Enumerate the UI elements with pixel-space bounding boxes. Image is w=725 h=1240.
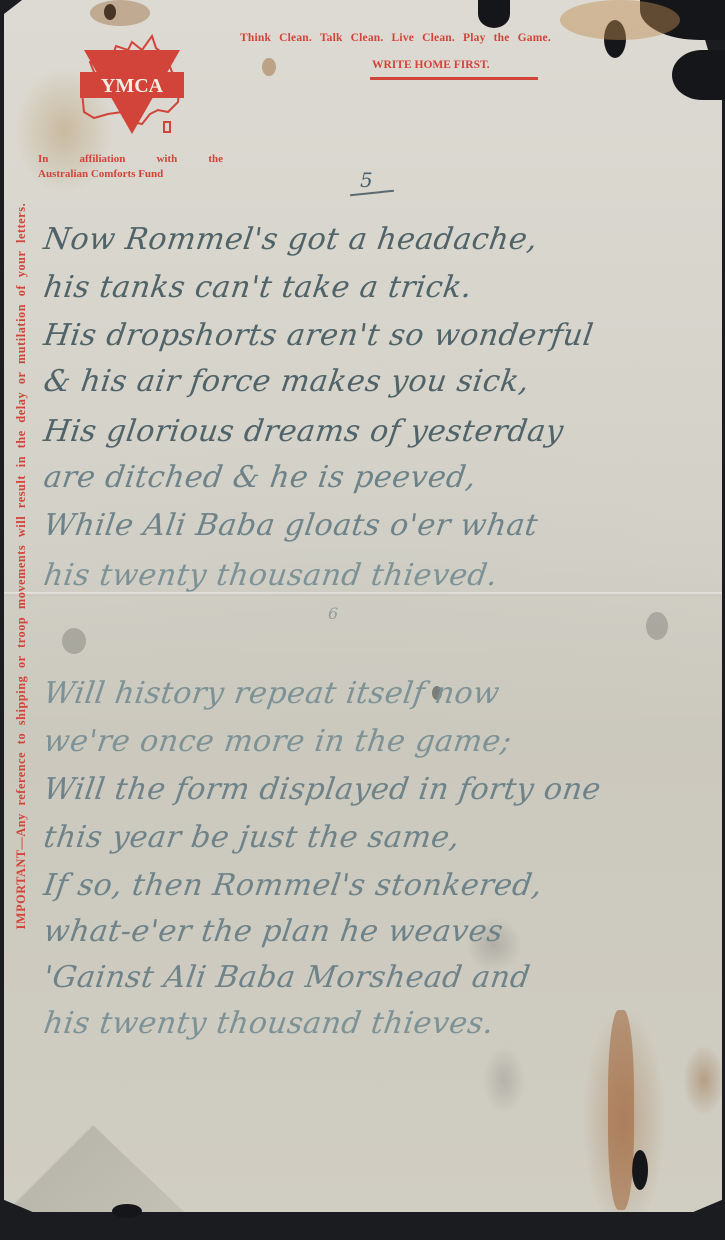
page-number: 6 xyxy=(328,604,338,623)
grey-spot xyxy=(646,612,668,640)
burn-hole xyxy=(112,1204,142,1218)
affiliation-word: affiliation xyxy=(80,152,126,167)
poem-line: & his air force makes you sick, xyxy=(42,364,725,399)
affiliation-word: In xyxy=(38,152,48,167)
rust-stain xyxy=(90,0,150,26)
affiliation-word: the xyxy=(208,152,223,167)
grey-spot xyxy=(62,628,86,654)
poem-line: are ditched & he is peeved, xyxy=(42,460,725,495)
affiliation-line-2: Australian Comforts Fund xyxy=(38,167,223,182)
poem-line: His dropshorts aren't so wonderful xyxy=(42,318,725,353)
page-number-text: 6 xyxy=(328,604,338,623)
letterhead-motto: Think Clean. Talk Clean. Live Clean. Pla… xyxy=(240,32,551,44)
poem-line: If so, then Rommel's stonkered, xyxy=(42,868,725,903)
poem-line: his twenty thousand thieved. xyxy=(42,558,725,593)
letterhead-slogan: WRITE HOME FIRST. xyxy=(372,59,490,71)
burn-hole xyxy=(478,0,510,28)
burn-hole xyxy=(632,1150,648,1190)
poem-line: this year be just the same, xyxy=(42,820,725,855)
ymca-logo-icon: YMCA xyxy=(72,32,190,144)
affiliation-word: with xyxy=(156,152,177,167)
rust-stain xyxy=(262,58,276,76)
poem-line: 'Gainst Ali Baba Morshead and xyxy=(42,960,725,995)
page-number-text: 5 xyxy=(360,168,373,192)
poem-line: While Ali Baba gloats o'er what xyxy=(42,508,725,543)
slogan-underline xyxy=(370,77,538,80)
rust-stain xyxy=(560,0,680,40)
page-number: 5 xyxy=(360,168,373,192)
poem-line: Will the form displayed in forty one xyxy=(42,772,725,807)
paper-corner-fold xyxy=(4,1040,184,1212)
torn-edge xyxy=(672,50,725,100)
poem-line: Now Rommel's got a headache, xyxy=(42,222,725,257)
poem-line: His glorious dreams of yesterday xyxy=(42,414,725,449)
svg-text:YMCA: YMCA xyxy=(101,75,164,97)
poem-line: his twenty thousand thieves. xyxy=(42,1006,725,1041)
affiliation-text: In affiliation with the Australian Comfo… xyxy=(38,152,223,182)
poem-line: Will history repeat itself now xyxy=(42,676,725,711)
side-censorship-notice: IMPORTANT—Any reference to shipping or t… xyxy=(14,66,29,1066)
poem-line: we're once more in the game; xyxy=(42,724,725,759)
poem-line: his tanks can't take a trick. xyxy=(42,270,725,305)
poem-line: what-e'er the plan he weaves xyxy=(42,914,725,949)
